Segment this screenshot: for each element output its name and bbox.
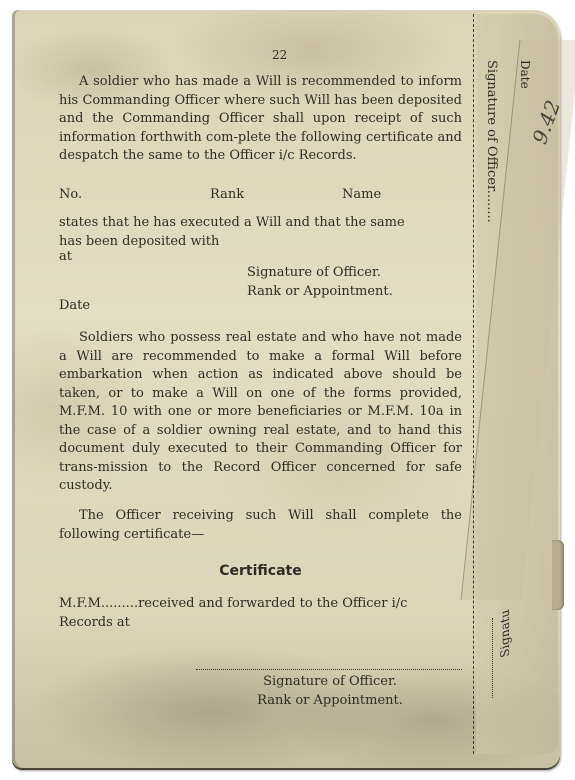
perforation-line xyxy=(473,14,474,754)
stub-date-label: Date xyxy=(518,60,532,89)
field-name-label: Name xyxy=(342,186,381,205)
statement-line-1: states that he has executed a Will and t… xyxy=(59,214,462,233)
stub-dotted-line xyxy=(492,618,493,698)
signature-label: Signature of Officer. xyxy=(247,264,393,283)
mfm-line-1: M.F.M.........received and forwarded to … xyxy=(59,595,462,614)
signature-label: Signature of Officer. xyxy=(200,673,460,692)
field-no-label: No. xyxy=(59,186,82,205)
paragraph-will-notification: A soldier who has made a Will is recomme… xyxy=(59,73,462,166)
field-rank-label: Rank xyxy=(210,186,244,205)
rank-appointment-label: Rank or Appointment. xyxy=(247,283,393,302)
signature-dotted-line xyxy=(196,669,462,670)
page-number: 22 xyxy=(272,46,287,65)
stub-signature-label-lower: Signatu xyxy=(498,608,512,659)
statement-block: states that he has executed a Will and t… xyxy=(59,214,462,267)
fields-row: No. Rank Name xyxy=(59,186,462,204)
binding-tab xyxy=(552,540,564,610)
rank-appointment-label: Rank or Appointment. xyxy=(200,692,460,711)
date-label: Date xyxy=(59,297,90,316)
signature-block-1: Signature of Officer. Rank or Appointmen… xyxy=(247,264,393,301)
signature-block-2: Signature of Officer. Rank or Appointmen… xyxy=(200,673,460,710)
paragraph-officer-certificate: The Officer receiving such Will shall co… xyxy=(59,507,462,544)
paragraph-real-estate: Soldiers who possess real estate and who… xyxy=(59,329,462,496)
mfm-block: M.F.M.........received and forwarded to … xyxy=(59,595,462,632)
stub-signature-label: Signature of Officer........ xyxy=(484,60,499,223)
mfm-line-2: Records at xyxy=(59,614,462,633)
certificate-heading: Certificate xyxy=(59,562,462,581)
